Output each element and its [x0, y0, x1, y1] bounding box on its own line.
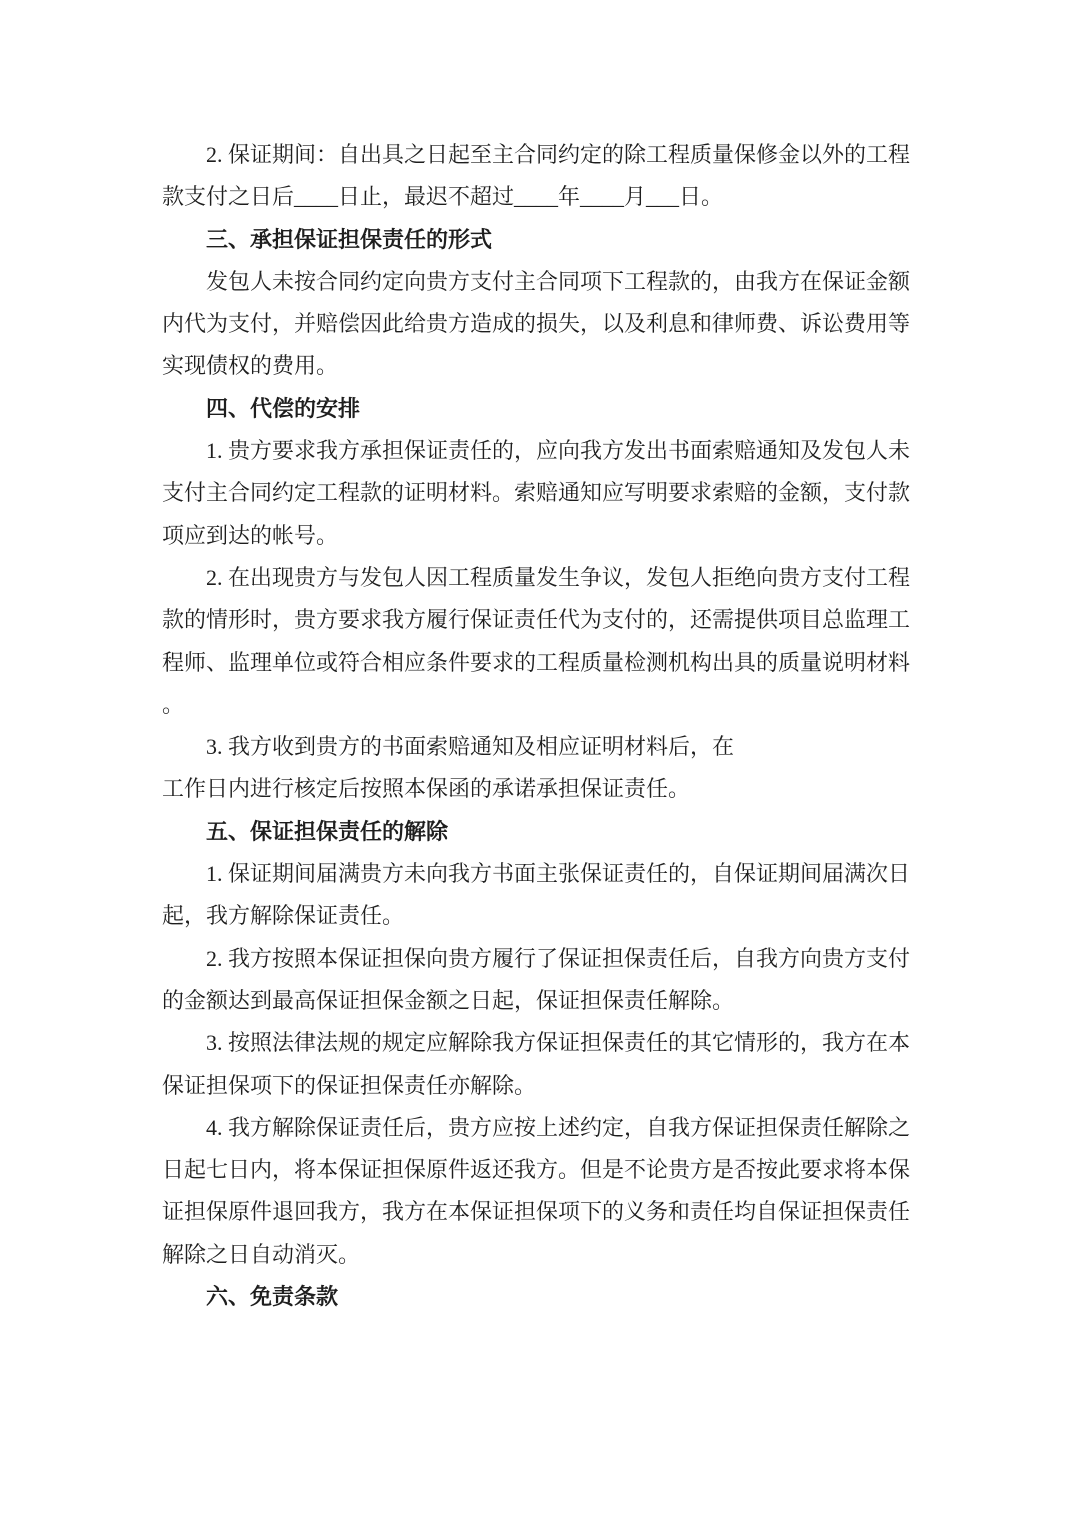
- section-4-item-2-line: 。: [162, 684, 920, 726]
- heading-section-6-exemption: 六、免责条款: [162, 1276, 920, 1318]
- section-5-item-4-line: 4. 我方解除保证责任后，贵方应按上述约定，自我方保证担保责任解除之: [162, 1107, 920, 1149]
- section-5-item-2-line: 2. 我方按照本保证担保向贵方履行了保证担保责任后，自我方向贵方支付: [162, 938, 920, 980]
- clause-guarantee-period-line: 2. 保证期间：自出具之日起至主合同约定的除工程质量保修金以外的工程: [162, 134, 920, 176]
- section-5-item-3-line: 3. 按照法律法规的规定应解除我方保证担保责任的其它情形的，我方在本: [162, 1022, 920, 1064]
- section-4-item-2-line: 程师、监理单位或符合相应条件要求的工程质量检测机构出具的质量说明材料: [162, 642, 920, 684]
- heading-section-3-liability-form: 三、承担保证担保责任的形式: [162, 219, 920, 261]
- section-5-item-4-line: 证担保原件退回我方，我方在本保证担保项下的义务和责任均自保证担保责任: [162, 1191, 920, 1233]
- section-5-item-3-line: 保证担保项下的保证担保责任亦解除。: [162, 1065, 920, 1107]
- section-5-item-2-line: 的金额达到最高保证担保金额之日起，保证担保责任解除。: [162, 980, 920, 1022]
- heading-section-5-release: 五、保证担保责任的解除: [162, 811, 920, 853]
- section-4-item-1-line: 项应到达的帐号。: [162, 515, 920, 557]
- section-5-item-1-line: 1. 保证期间届满贵方未向我方书面主张保证责任的，自保证期间届满次日: [162, 853, 920, 895]
- section-4-item-2-line: 2. 在出现贵方与发包人因工程质量发生争议，发包人拒绝向贵方支付工程: [162, 557, 920, 599]
- document-page: 2. 保证期间：自出具之日起至主合同约定的除工程质量保修金以外的工程 款支付之日…: [0, 0, 1080, 1527]
- section-4-item-1-line: 支付主合同约定工程款的证明材料。索赔通知应写明要求索赔的金额，支付款: [162, 472, 920, 514]
- section-4-item-3-line: 3. 我方收到贵方的书面索赔通知及相应证明材料后，在: [162, 726, 920, 768]
- section-5-item-4-line: 解除之日自动消灭。: [162, 1234, 920, 1276]
- section-3-body-line: 发包人未按合同约定向贵方支付主合同项下工程款的，由我方在保证金额: [162, 261, 920, 303]
- heading-section-4-compensation: 四、代偿的安排: [162, 388, 920, 430]
- section-5-item-4-line: 日起七日内，将本保证担保原件返还我方。但是不论贵方是否按此要求将本保: [162, 1149, 920, 1191]
- section-3-body-line: 实现债权的费用。: [162, 345, 920, 387]
- clause-guarantee-period-line: 款支付之日后____日止，最迟不超过____年____月___日。: [162, 176, 920, 218]
- section-4-item-1-line: 1. 贵方要求我方承担保证责任的，应向我方发出书面索赔通知及发包人未: [162, 430, 920, 472]
- section-4-item-2-line: 款的情形时，贵方要求我方履行保证责任代为支付的，还需提供项目总监理工: [162, 599, 920, 641]
- section-5-item-1-line: 起，我方解除保证责任。: [162, 895, 920, 937]
- section-4-item-3-line: 工作日内进行核定后按照本保函的承诺承担保证责任。: [162, 768, 920, 810]
- section-3-body-line: 内代为支付，并赔偿因此给贵方造成的损失，以及利息和律师费、诉讼费用等: [162, 303, 920, 345]
